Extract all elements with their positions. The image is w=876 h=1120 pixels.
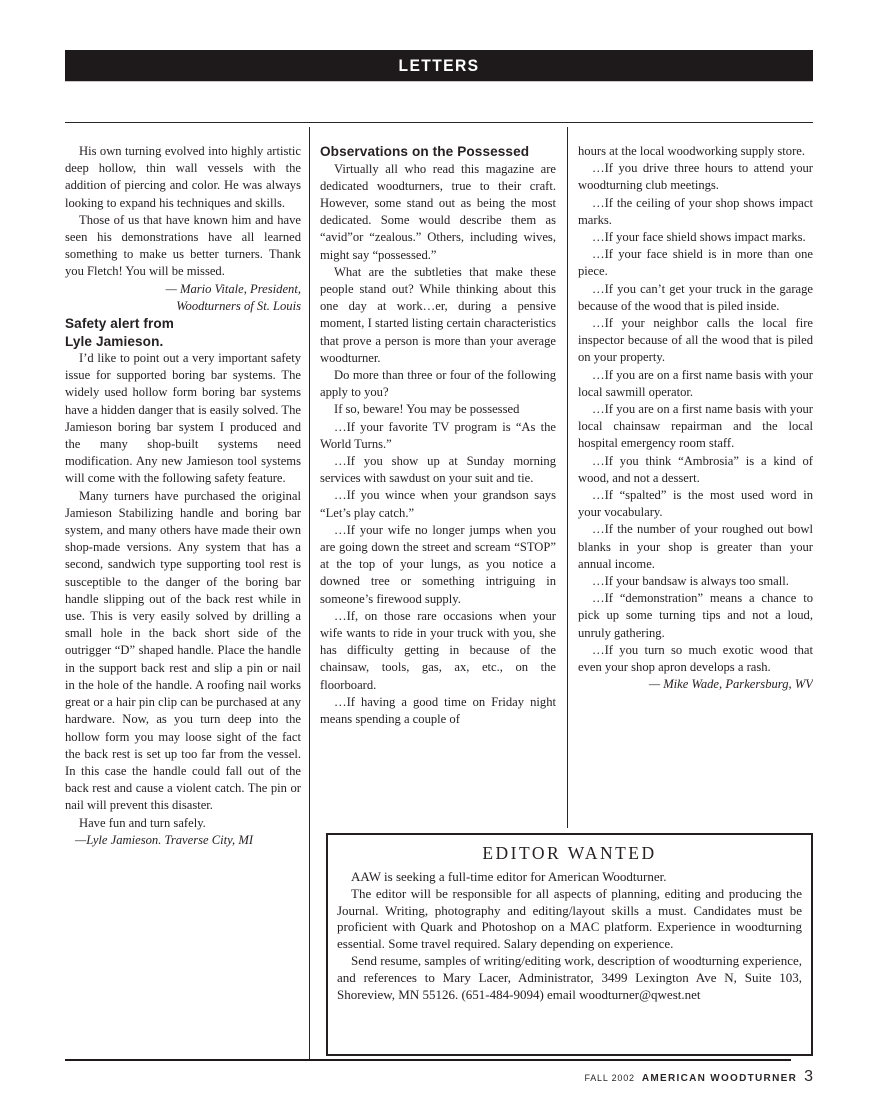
letter-paragraph: I’d like to point out a very important s… — [65, 350, 301, 488]
letter-signature: — Mike Wade, Parkersburg, WV — [578, 676, 813, 693]
editor-wanted-paragraph: Send resume, samples of writing/editing … — [337, 953, 802, 1003]
letter-signature: — Mario Vitale, President, Woodturners o… — [65, 281, 301, 315]
footer-page-number: 3 — [804, 1068, 813, 1086]
footer-magazine-name: AMERICAN WOODTURNER — [642, 1073, 797, 1084]
letter-paragraph: …If you think “Ambrosia” is a kind of wo… — [578, 453, 813, 487]
letter-paragraph: Virtually all who read this magazine are… — [320, 161, 556, 264]
footer-season: FALL 2002 — [584, 1073, 634, 1083]
letter-paragraph: …If you drive three hours to attend your… — [578, 160, 813, 194]
footer: FALL 2002 AMERICAN WOODTURNER 3 — [65, 1068, 813, 1090]
column-divider-1 — [309, 127, 310, 1059]
letter-paragraph: If so, beware! You may be possessed — [320, 401, 556, 418]
letter-paragraph: …If the ceiling of your shop shows impac… — [578, 195, 813, 229]
letter-paragraph: …If you wince when your grandson says “L… — [320, 487, 556, 521]
letter-paragraph: Have fun and turn safely. — [65, 815, 301, 832]
letter-paragraph: …If, on those rare occasions when your w… — [320, 608, 556, 694]
letter-paragraph: …If the number of your roughed out bowl … — [578, 521, 813, 573]
letter-paragraph: hours at the local woodworking supply st… — [578, 143, 813, 160]
column-3: hours at the local woodworking supply st… — [578, 143, 813, 828]
column-2: Observations on the PossessedVirtually a… — [320, 143, 556, 828]
letter-paragraph: …If your neighbor calls the local fire i… — [578, 315, 813, 367]
editor-wanted-body: AAW is seeking a full-time editor for Am… — [337, 869, 802, 1003]
editor-wanted-title: EDITOR WANTED — [337, 843, 802, 864]
editor-wanted-box: EDITOR WANTED AAW is seeking a full-time… — [326, 833, 813, 1056]
letter-paragraph: …If your wife no longer jumps when you a… — [320, 522, 556, 608]
letter-paragraph: What are the subtleties that make these … — [320, 264, 556, 367]
letter-paragraph: …If you show up at Sunday morning servic… — [320, 453, 556, 487]
letter-paragraph: …If “spalted” is the most used word in y… — [578, 487, 813, 521]
letter-paragraph: …If your face shield shows impact marks. — [578, 229, 813, 246]
editor-wanted-paragraph: The editor will be responsible for all a… — [337, 886, 802, 953]
letter-paragraph: …If your favorite TV program is “As the … — [320, 419, 556, 453]
footer-rule — [65, 1059, 791, 1061]
editor-wanted-paragraph: AAW is seeking a full-time editor for Am… — [337, 869, 802, 886]
column-1: His own turning evolved into highly arti… — [65, 143, 301, 1058]
letter-paragraph: Those of us that have known him and have… — [65, 212, 301, 281]
letter-paragraph: …If “demonstration” means a chance to pi… — [578, 590, 813, 642]
letter-paragraph: …If your bandsaw is always too small. — [578, 573, 813, 590]
top-rule — [65, 122, 813, 123]
letter-paragraph: His own turning evolved into highly arti… — [65, 143, 301, 212]
section-title: LETTERS — [399, 56, 480, 76]
letter-paragraph: …If you are on a first name basis with y… — [578, 367, 813, 401]
letter-heading: Safety alert from Lyle Jamieson. — [65, 315, 301, 350]
letter-paragraph: …If your face shield is in more than one… — [578, 246, 813, 280]
letter-paragraph: …If having a good time on Friday night m… — [320, 694, 556, 728]
letter-signature: —Lyle Jamieson. Traverse City, MI — [65, 832, 301, 849]
column-divider-2 — [567, 127, 568, 828]
letter-heading: Observations on the Possessed — [320, 143, 556, 161]
magazine-page: LETTERS His own turning evolved into hig… — [0, 0, 876, 1120]
letter-paragraph: Do more than three or four of the follow… — [320, 367, 556, 401]
letter-paragraph: Many turners have purchased the original… — [65, 488, 301, 815]
letter-paragraph: …If you turn so much exotic wood that ev… — [578, 642, 813, 676]
letter-paragraph: …If you can’t get your truck in the gara… — [578, 281, 813, 315]
letter-paragraph: …If you are on a first name basis with y… — [578, 401, 813, 453]
section-header-bar: LETTERS — [65, 50, 813, 82]
